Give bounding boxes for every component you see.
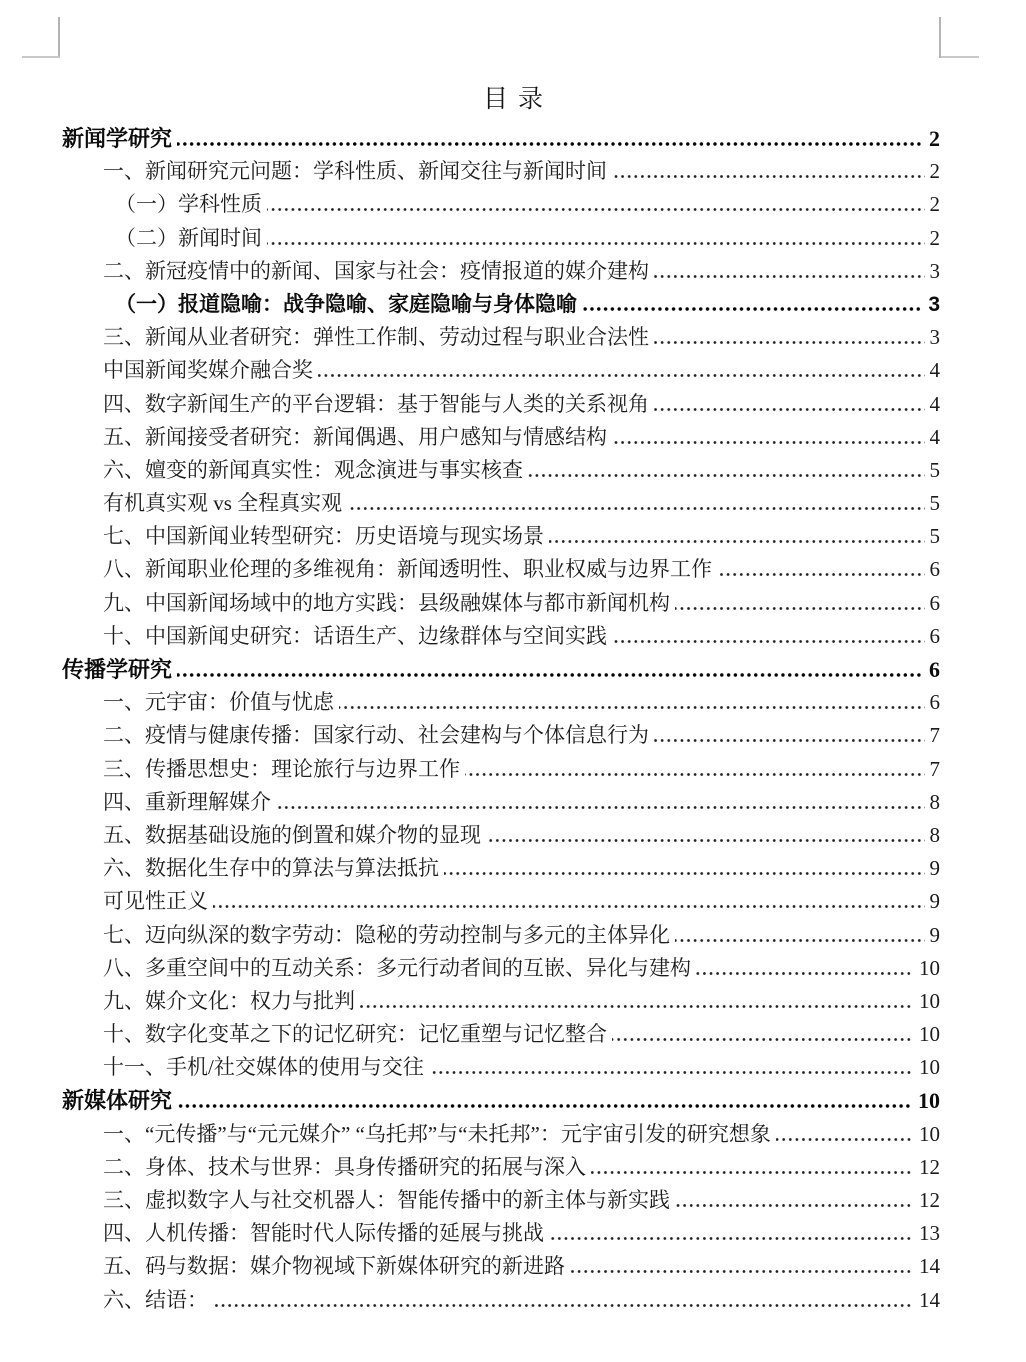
toc-entry-page-number: 6 <box>930 686 941 719</box>
toc-entry-row[interactable]: （一）学科性质2 <box>62 188 940 221</box>
toc-entry-page-number: 3 <box>930 255 941 288</box>
toc-entry-title: 三、虚拟数字人与社交机器人：智能传播中的新主体与新实践 <box>103 1184 670 1217</box>
toc-section-heading-row[interactable]: 新闻学研究2 <box>62 122 940 155</box>
toc-entry-row[interactable]: 二、身体、技术与世界：具身传播研究的拓展与深入12 <box>62 1151 940 1184</box>
toc-entry-row[interactable]: 七、中国新闻业转型研究：历史语境与现实场景5 <box>62 520 940 553</box>
toc-entry-title: 一、“元传播”与“元元媒介” “乌托邦”与“未托邦”：元宇宙引发的研究想象 <box>103 1118 771 1151</box>
toc-entry-title: 中国新闻奖媒介融合奖 <box>103 354 313 387</box>
dot-leader <box>339 706 925 709</box>
toc-entry-row[interactable]: 八、新闻职业伦理的多维视角：新闻透明性、职业权威与边界工作6 <box>62 553 940 586</box>
toc-entry-row[interactable]: 六、数据化生存中的算法与算法抵抗9 <box>62 852 940 885</box>
toc-entry-page-number: 9 <box>930 885 941 918</box>
toc-entry-row[interactable]: 九、中国新闻场域中的地方实践：县级融媒体与都市新闻机构6 <box>62 587 940 620</box>
toc-entry-row[interactable]: 二、疫情与健康传播：国家行动、社会建构与个体信息行为7 <box>62 719 940 752</box>
dot-leader <box>444 872 925 875</box>
toc-entry-row[interactable]: 十一、手机/社交媒体的使用与交往10 <box>62 1051 940 1084</box>
dot-leader <box>675 939 925 942</box>
toc-entry-row[interactable]: 四、人机传播：智能时代人际传播的延展与挑战13 <box>62 1217 940 1250</box>
toc-entry-title: 八、多重空间中的互动关系：多元行动者间的互嵌、异化与建构 <box>103 952 691 985</box>
toc-entry-page-number: 10 <box>919 952 940 985</box>
toc-entry-title: 五、新闻接受者研究：新闻偶遇、用户感知与情感结构 <box>103 421 607 454</box>
dot-leader <box>465 773 925 776</box>
toc-entry-title: 四、人机传播：智能时代人际传播的延展与挑战 <box>103 1217 544 1250</box>
toc-entry-title: 八、新闻职业伦理的多维视角：新闻透明性、职业权威与边界工作 <box>103 553 712 586</box>
dot-leader <box>267 242 925 245</box>
toc-entry-page-number: 3 <box>930 321 941 354</box>
dot-leader <box>177 142 924 146</box>
toc-entry-row[interactable]: 三、虚拟数字人与社交机器人：智能传播中的新主体与新实践12 <box>62 1184 940 1217</box>
toc-entry-page-number: 5 <box>930 520 941 553</box>
toc-entry-page-number: 2 <box>930 222 941 255</box>
toc-entry-page-number: 4 <box>930 388 941 421</box>
toc-entry-page-number: 4 <box>930 354 941 387</box>
toc-entry-page-number: 9 <box>930 852 941 885</box>
toc-entry-title: 六、嬗变的新闻真实性：观念演进与事实核查 <box>103 454 523 487</box>
dot-leader <box>612 441 925 444</box>
dot-leader <box>654 275 925 278</box>
dot-leader <box>177 1104 913 1108</box>
toc-entry-row[interactable]: 可见性正义9 <box>62 885 940 918</box>
toc-entry-row[interactable]: 一、元宇宙：价值与忧虑6 <box>62 686 940 719</box>
dot-leader <box>591 1171 914 1174</box>
toc-entry-row[interactable]: 十、中国新闻史研究：话语生产、边缘群体与空间实践6 <box>62 620 940 653</box>
toc-entry-title: 六、数据化生存中的算法与算法抵抗 <box>103 852 439 885</box>
dot-leader <box>360 1005 914 1008</box>
toc-entry-page-number: 6 <box>929 653 940 686</box>
toc-entry-row[interactable]: 四、数字新闻生产的平台逻辑：基于智能与人类的关系视角4 <box>62 388 940 421</box>
toc-entry-title: 一、新闻研究元问题：学科性质、新闻交往与新闻时间 <box>103 155 607 188</box>
dot-leader <box>776 1138 914 1141</box>
toc-entry-title: 传播学研究 <box>62 653 172 686</box>
dot-leader <box>276 806 925 809</box>
toc-entry-row[interactable]: 十、数字化变革之下的记忆研究：记忆重塑与记忆整合10 <box>62 1018 940 1051</box>
toc-section-heading-row[interactable]: 传播学研究6 <box>62 653 940 686</box>
toc-entry-page-number: 2 <box>930 155 941 188</box>
toc-entry-title: 五、码与数据：媒介物视域下新媒体研究的新进路 <box>103 1250 565 1283</box>
toc-entry-title: 六、结语： <box>103 1284 208 1317</box>
toc-entry-row[interactable]: 二、新冠疫情中的新闻、国家与社会：疫情报道的媒介建构3 <box>62 255 940 288</box>
crop-mark-top-right-vertical <box>939 17 941 58</box>
toc-entry-title: 九、中国新闻场域中的地方实践：县级融媒体与都市新闻机构 <box>103 587 670 620</box>
toc-entry-title: （一）学科性质 <box>115 188 262 221</box>
toc-entry-row[interactable]: 七、迈向纵深的数字劳动：隐秘的劳动控制与多元的主体异化9 <box>62 919 940 952</box>
toc-entry-row[interactable]: 三、新闻从业者研究：弹性工作制、劳动过程与职业合法性3 <box>62 321 940 354</box>
dot-leader <box>549 540 925 543</box>
dot-leader <box>213 905 925 908</box>
toc-entry-page-number: 8 <box>930 819 941 852</box>
toc-entry-title: 二、新冠疫情中的新闻、国家与社会：疫情报道的媒介建构 <box>103 255 649 288</box>
toc-entry-row[interactable]: 九、媒介文化：权力与批判10 <box>62 985 940 1018</box>
toc-entry-page-number: 9 <box>930 919 941 952</box>
toc-entry-title: 新媒体研究 <box>62 1084 172 1117</box>
toc-entry-row[interactable]: （一）报道隐喻：战争隐喻、家庭隐喻与身体隐喻3 <box>62 288 940 321</box>
toc-entry-row[interactable]: 中国新闻奖媒介融合奖4 <box>62 354 940 387</box>
dot-leader <box>177 673 924 677</box>
toc-entry-title: 二、身体、技术与世界：具身传播研究的拓展与深入 <box>103 1151 586 1184</box>
dot-leader <box>347 507 924 510</box>
toc-entry-title: 三、传播思想史：理论旅行与边界工作 <box>103 753 460 786</box>
toc-entry-page-number: 10 <box>918 1084 940 1117</box>
toc-entry-row[interactable]: 有机真实观 vs 全程真实观5 <box>62 487 940 520</box>
toc-entry-title: 二、疫情与健康传播：国家行动、社会建构与个体信息行为 <box>103 719 649 752</box>
toc-entry-page-number: 10 <box>919 1018 940 1051</box>
dot-leader <box>612 640 925 643</box>
toc-entry-title: 五、数据基础设施的倒置和媒介物的显现 <box>103 819 481 852</box>
toc-entry-row[interactable]: 五、数据基础设施的倒置和媒介物的显现8 <box>62 819 940 852</box>
toc-entry-page-number: 12 <box>919 1184 940 1217</box>
dot-leader <box>213 1304 914 1307</box>
toc-entry-title: 有机真实观 vs 全程真实观 <box>103 487 342 520</box>
toc-entry-page-number: 2 <box>929 122 940 155</box>
toc-entry-row[interactable]: 五、码与数据：媒介物视域下新媒体研究的新进路14 <box>62 1250 940 1283</box>
dot-leader <box>654 739 925 742</box>
toc-entry-title: 十、中国新闻史研究：话语生产、边缘群体与空间实践 <box>103 620 607 653</box>
toc-entry-title: 一、元宇宙：价值与忧虑 <box>103 686 334 719</box>
toc-entry-title: 九、媒介文化：权力与批判 <box>103 985 355 1018</box>
toc-entry-page-number: 6 <box>930 620 941 653</box>
toc-entry-title: （二）新闻时间 <box>115 222 262 255</box>
toc-entry-row[interactable]: （二）新闻时间2 <box>62 222 940 255</box>
toc-entry-title: 十、数字化变革之下的记忆研究：记忆重塑与记忆整合 <box>103 1018 607 1051</box>
dot-leader <box>654 341 925 344</box>
dot-leader <box>654 408 925 411</box>
toc-entry-page-number: 12 <box>919 1151 940 1184</box>
toc-entry-row[interactable]: 五、新闻接受者研究：新闻偶遇、用户感知与情感结构4 <box>62 421 940 454</box>
dot-leader <box>696 972 914 975</box>
toc-entry-page-number: 14 <box>919 1250 940 1283</box>
toc-entry-title: 三、新闻从业者研究：弹性工作制、劳动过程与职业合法性 <box>103 321 649 354</box>
dot-leader <box>486 839 925 842</box>
toc-entry-page-number: 5 <box>930 454 941 487</box>
toc-entry-page-number: 7 <box>930 753 941 786</box>
toc-entry-row[interactable]: 三、传播思想史：理论旅行与边界工作7 <box>62 753 940 786</box>
toc-entry-title: 四、重新理解媒介 <box>103 786 271 819</box>
toc-entry-page-number: 6 <box>930 553 941 586</box>
toc-entry-title: 七、中国新闻业转型研究：历史语境与现实场景 <box>103 520 544 553</box>
dot-leader <box>582 307 923 311</box>
toc-entry-page-number: 10 <box>919 1051 940 1084</box>
dot-leader <box>429 1071 914 1074</box>
toc-entry-page-number: 8 <box>930 786 941 819</box>
toc-entry-page-number: 10 <box>919 985 940 1018</box>
toc-entry-page-number: 3 <box>928 288 940 321</box>
toc-entry-page-number: 13 <box>919 1217 940 1250</box>
toc-section-heading-row[interactable]: 新媒体研究10 <box>62 1084 940 1117</box>
toc-entry-page-number: 14 <box>919 1284 940 1317</box>
crop-mark-top-left-vertical <box>58 17 60 58</box>
toc-entry-row[interactable]: 八、多重空间中的互动关系：多元行动者间的互嵌、异化与建构10 <box>62 952 940 985</box>
toc-entry-page-number: 10 <box>919 1118 940 1151</box>
toc-entry-title: 可见性正义 <box>103 885 208 918</box>
dot-leader <box>675 1204 914 1207</box>
dot-leader <box>612 175 925 178</box>
dot-leader <box>570 1270 914 1273</box>
toc-entry-title: 新闻学研究 <box>62 122 172 155</box>
dot-leader <box>675 607 925 610</box>
dot-leader <box>318 374 925 377</box>
toc-list: 新闻学研究2一、新闻研究元问题：学科性质、新闻交往与新闻时间2（一）学科性质2（… <box>62 122 940 1317</box>
toc-entry-page-number: 4 <box>930 421 941 454</box>
toc-entry-page-number: 6 <box>930 587 941 620</box>
toc-title: 目录 <box>0 79 1026 115</box>
toc-entry-page-number: 5 <box>930 487 941 520</box>
dot-leader <box>612 1038 914 1041</box>
toc-entry-page-number: 2 <box>930 188 941 221</box>
toc-entry-title: 四、数字新闻生产的平台逻辑：基于智能与人类的关系视角 <box>103 388 649 421</box>
document-page: 目录 新闻学研究2一、新闻研究元问题：学科性质、新闻交往与新闻时间2（一）学科性… <box>0 0 1026 1362</box>
dot-leader <box>267 208 925 211</box>
toc-entry-title: 七、迈向纵深的数字劳动：隐秘的劳动控制与多元的主体异化 <box>103 919 670 952</box>
dot-leader <box>717 573 925 576</box>
toc-entry-row[interactable]: 六、嬗变的新闻真实性：观念演进与事实核查5 <box>62 454 940 487</box>
toc-entry-title: 十一、手机/社交媒体的使用与交往 <box>103 1051 424 1084</box>
toc-entry-row[interactable]: 六、结语：14 <box>62 1284 940 1317</box>
toc-entry-row[interactable]: 一、新闻研究元问题：学科性质、新闻交往与新闻时间2 <box>62 155 940 188</box>
crop-mark-top-left-horizontal <box>22 56 60 58</box>
toc-entry-row[interactable]: 四、重新理解媒介8 <box>62 786 940 819</box>
toc-entry-title: （一）报道隐喻：战争隐喻、家庭隐喻与身体隐喻 <box>115 288 577 321</box>
toc-entry-row[interactable]: 一、“元传播”与“元元媒介” “乌托邦”与“未托邦”：元宇宙引发的研究想象10 <box>62 1118 940 1151</box>
toc-entry-page-number: 7 <box>930 719 941 752</box>
dot-leader <box>549 1237 914 1240</box>
dot-leader <box>528 474 925 477</box>
crop-mark-top-right-horizontal <box>941 56 979 58</box>
